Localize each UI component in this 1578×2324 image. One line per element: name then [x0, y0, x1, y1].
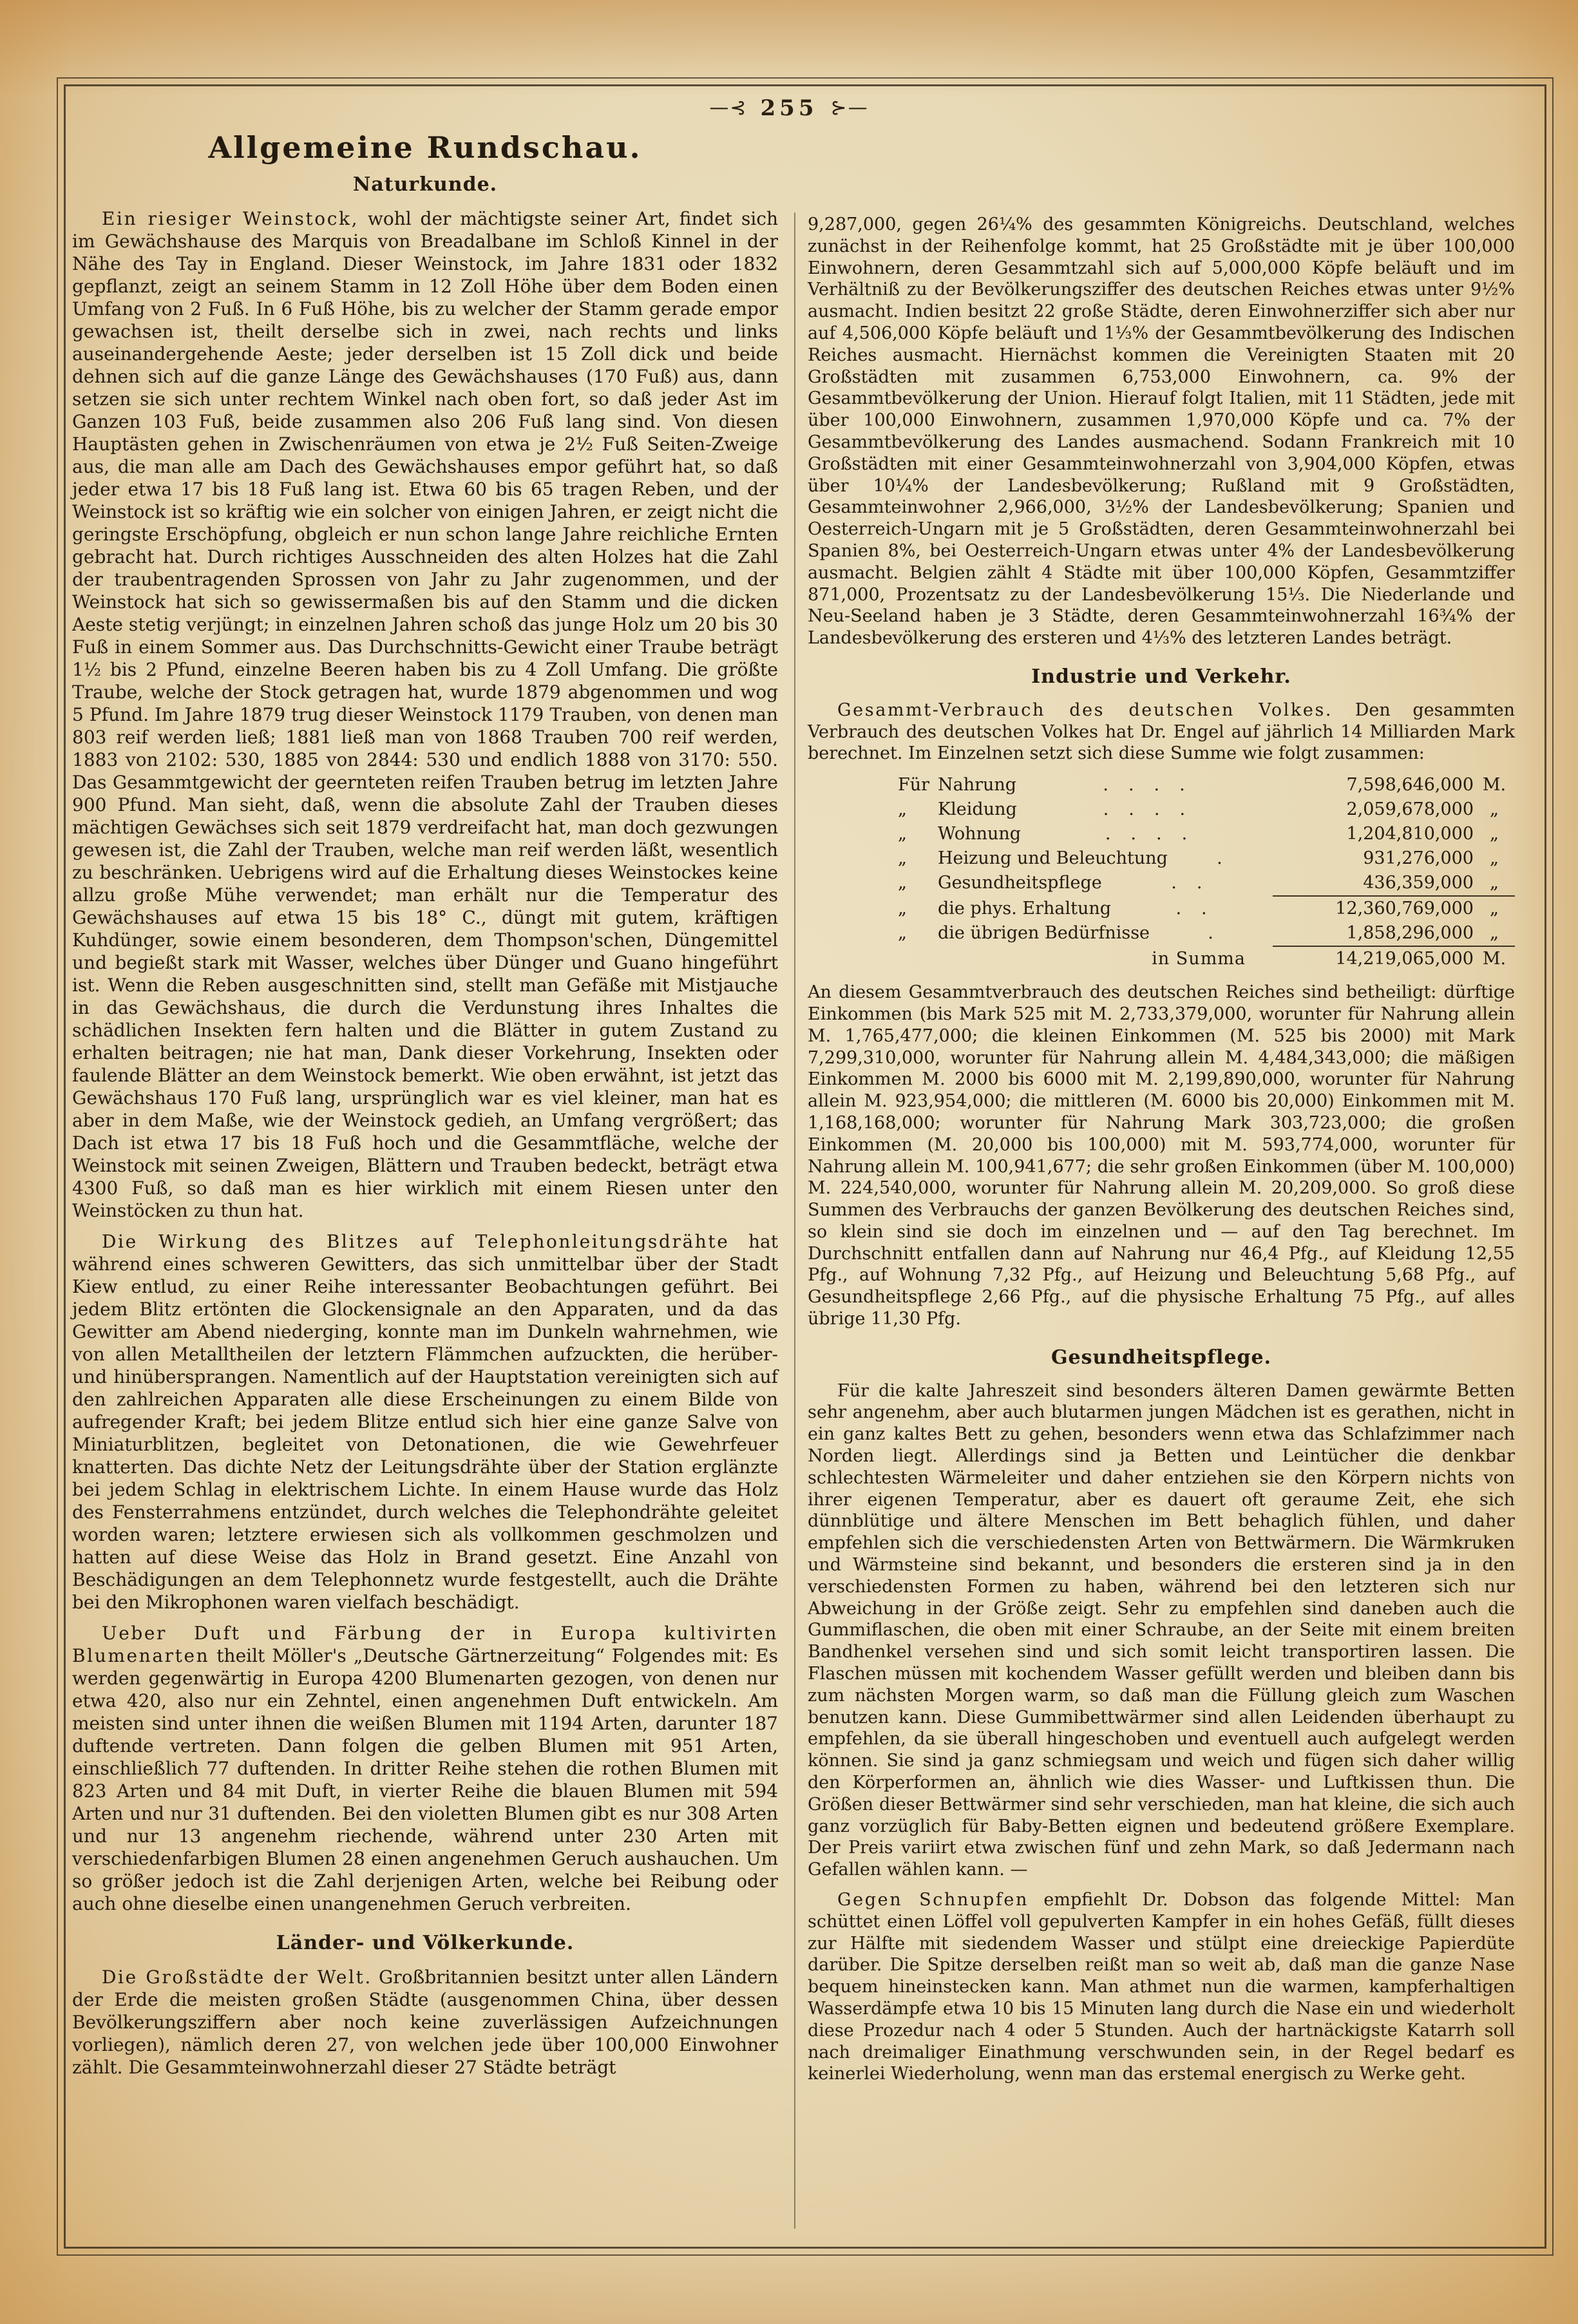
- row-dot-leader: . .: [1111, 897, 1273, 921]
- row-label: Gesundheitspflege: [938, 871, 1102, 895]
- table-row: „die phys. Erhaltung. .12,360,769,000„: [898, 895, 1515, 921]
- row-value: 2,059,678,000: [1273, 797, 1474, 822]
- row-unit: „: [1474, 895, 1515, 921]
- fleuron-left-icon: —⊰: [700, 97, 756, 119]
- row-unit: „: [1474, 921, 1515, 946]
- row-dot-leader: . . . .: [1021, 822, 1273, 846]
- page-number: 255: [757, 95, 822, 121]
- row-unit: „: [1474, 871, 1515, 895]
- row-prefix: „: [898, 897, 938, 921]
- page-header: —⊰255⊱—: [0, 95, 1578, 121]
- row-prefix: „: [898, 822, 938, 846]
- row-value: 12,360,769,000: [1273, 895, 1474, 921]
- row-label: Wohnung: [938, 822, 1021, 846]
- summa-value: 14,219,065,000: [1273, 946, 1474, 971]
- row-label: Kleidung: [938, 797, 1017, 822]
- left-column: Allgemeine Rundschau. Naturkunde. Ein ri…: [72, 137, 778, 2079]
- table-row: „Wohnung. . . .1,204,810,000„: [898, 822, 1515, 846]
- row-label: Nahrung: [938, 773, 1016, 797]
- row-prefix: „: [898, 797, 938, 822]
- consumption-table: FürNahrung. . . .7,598,646,000M. „Kleidu…: [898, 773, 1515, 971]
- row-prefix: „: [898, 871, 938, 895]
- row-dot-leader: .: [1150, 921, 1273, 946]
- column-divider-rule: [794, 213, 795, 2229]
- table-row: „Gesundheitspflege. .436,359,000„: [898, 871, 1515, 895]
- section-heading-industrie: Industrie und Verkehr.: [808, 666, 1515, 688]
- article-weinstock-lead: Ein riesiger Weinstock,: [102, 208, 359, 229]
- article-schnupfen-text: empfiehlt Dr. Dobson das folgende Mittel…: [808, 1890, 1515, 2084]
- row-label: die phys. Erhaltung: [938, 897, 1111, 921]
- table-row: FürNahrung. . . .7,598,646,000M.: [898, 773, 1515, 797]
- row-label: die übrigen Bedürfnisse: [938, 921, 1150, 946]
- article-verbrauch: Gesammt-Verbrauch des deutschen Volkes. …: [808, 700, 1515, 765]
- article-blumen-text: theilt Möller's „Deutsche Gärtnerzeitung…: [72, 1645, 778, 1914]
- article-schnupfen-lead: Gegen Schnupfen: [837, 1890, 1029, 1910]
- row-prefix: Für: [898, 773, 938, 797]
- article-blitz-text: hat während eines schweren Gewitters, da…: [72, 1231, 778, 1613]
- article-grossstaedte-lead: Die Großstädte der Welt.: [102, 1967, 372, 1988]
- section-heading-laender: Länder- und Völkerkunde.: [72, 1932, 778, 1954]
- row-dot-leader: . . . .: [1016, 773, 1273, 797]
- row-prefix: „: [898, 846, 938, 871]
- fleuron-right-icon: ⊱—: [821, 97, 877, 119]
- row-dot-leader: .: [1168, 846, 1273, 871]
- article-blumen: Ueber Duft und Färbung der in Europa kul…: [72, 1622, 778, 1915]
- row-label: Heizung und Beleuchtung: [938, 846, 1168, 871]
- article-blitz-lead: Die Wirkung des Blitzes auf Telephonleit…: [102, 1231, 729, 1252]
- row-unit: „: [1474, 822, 1515, 846]
- row-value: 436,359,000: [1273, 871, 1474, 895]
- row-dot-leader: . .: [1102, 871, 1273, 895]
- row-dot-leader: . . . .: [1017, 797, 1273, 822]
- row-value: 7,598,646,000: [1273, 773, 1474, 797]
- right-column: 9,287,000, gegen 26¼% des gesammten Köni…: [808, 214, 1515, 2085]
- summa-unit: M.: [1474, 946, 1515, 971]
- journal-section-title: Allgemeine Rundschau.: [72, 137, 778, 159]
- row-value: 1,858,296,000: [1273, 921, 1474, 946]
- article-blitz: Die Wirkung des Blitzes auf Telephonleit…: [72, 1230, 778, 1614]
- section-heading-naturkunde: Naturkunde.: [72, 173, 778, 196]
- section-heading-gesundheit: Gesundheitspflege.: [808, 1347, 1515, 1369]
- table-row: „Heizung und Beleuchtung.931,276,000„: [898, 846, 1515, 871]
- article-betten: Für die kalte Jahreszeit sind besonders …: [808, 1380, 1515, 1881]
- summa-label: in Summa: [1152, 947, 1273, 971]
- scanned-journal-page: —⊰255⊱— Allgemeine Rundschau. Naturkunde…: [0, 0, 1578, 2324]
- article-grossstaedte-continuation: 9,287,000, gegen 26¼% des gesammten Köni…: [808, 214, 1515, 649]
- row-unit: „: [1474, 846, 1515, 871]
- table-row: „die übrigen Bedürfnisse.1,858,296,000„: [898, 921, 1515, 946]
- row-prefix: „: [898, 921, 938, 946]
- row-unit: M.: [1474, 773, 1515, 797]
- article-weinstock: Ein riesiger Weinstock, wohl der mächtig…: [72, 207, 778, 1222]
- table-summa-row: in Summa14,219,065,000M.: [898, 946, 1515, 971]
- row-value: 931,276,000: [1273, 846, 1474, 871]
- article-einkommen: An diesem Gesammtverbrauch des deutschen…: [808, 982, 1515, 1330]
- article-grossstaedte: Die Großstädte der Welt. Großbritannien …: [72, 1966, 778, 2079]
- row-value: 1,204,810,000: [1273, 822, 1474, 846]
- article-weinstock-text: wohl der mächtigste seiner Art, findet s…: [72, 208, 778, 1221]
- article-verbrauch-lead: Gesammt-Verbrauch des deutschen Volkes.: [837, 700, 1333, 720]
- row-unit: „: [1474, 797, 1515, 822]
- table-row: „Kleidung. . . .2,059,678,000„: [898, 797, 1515, 822]
- article-schnupfen: Gegen Schnupfen empfiehlt Dr. Dobson das…: [808, 1889, 1515, 2085]
